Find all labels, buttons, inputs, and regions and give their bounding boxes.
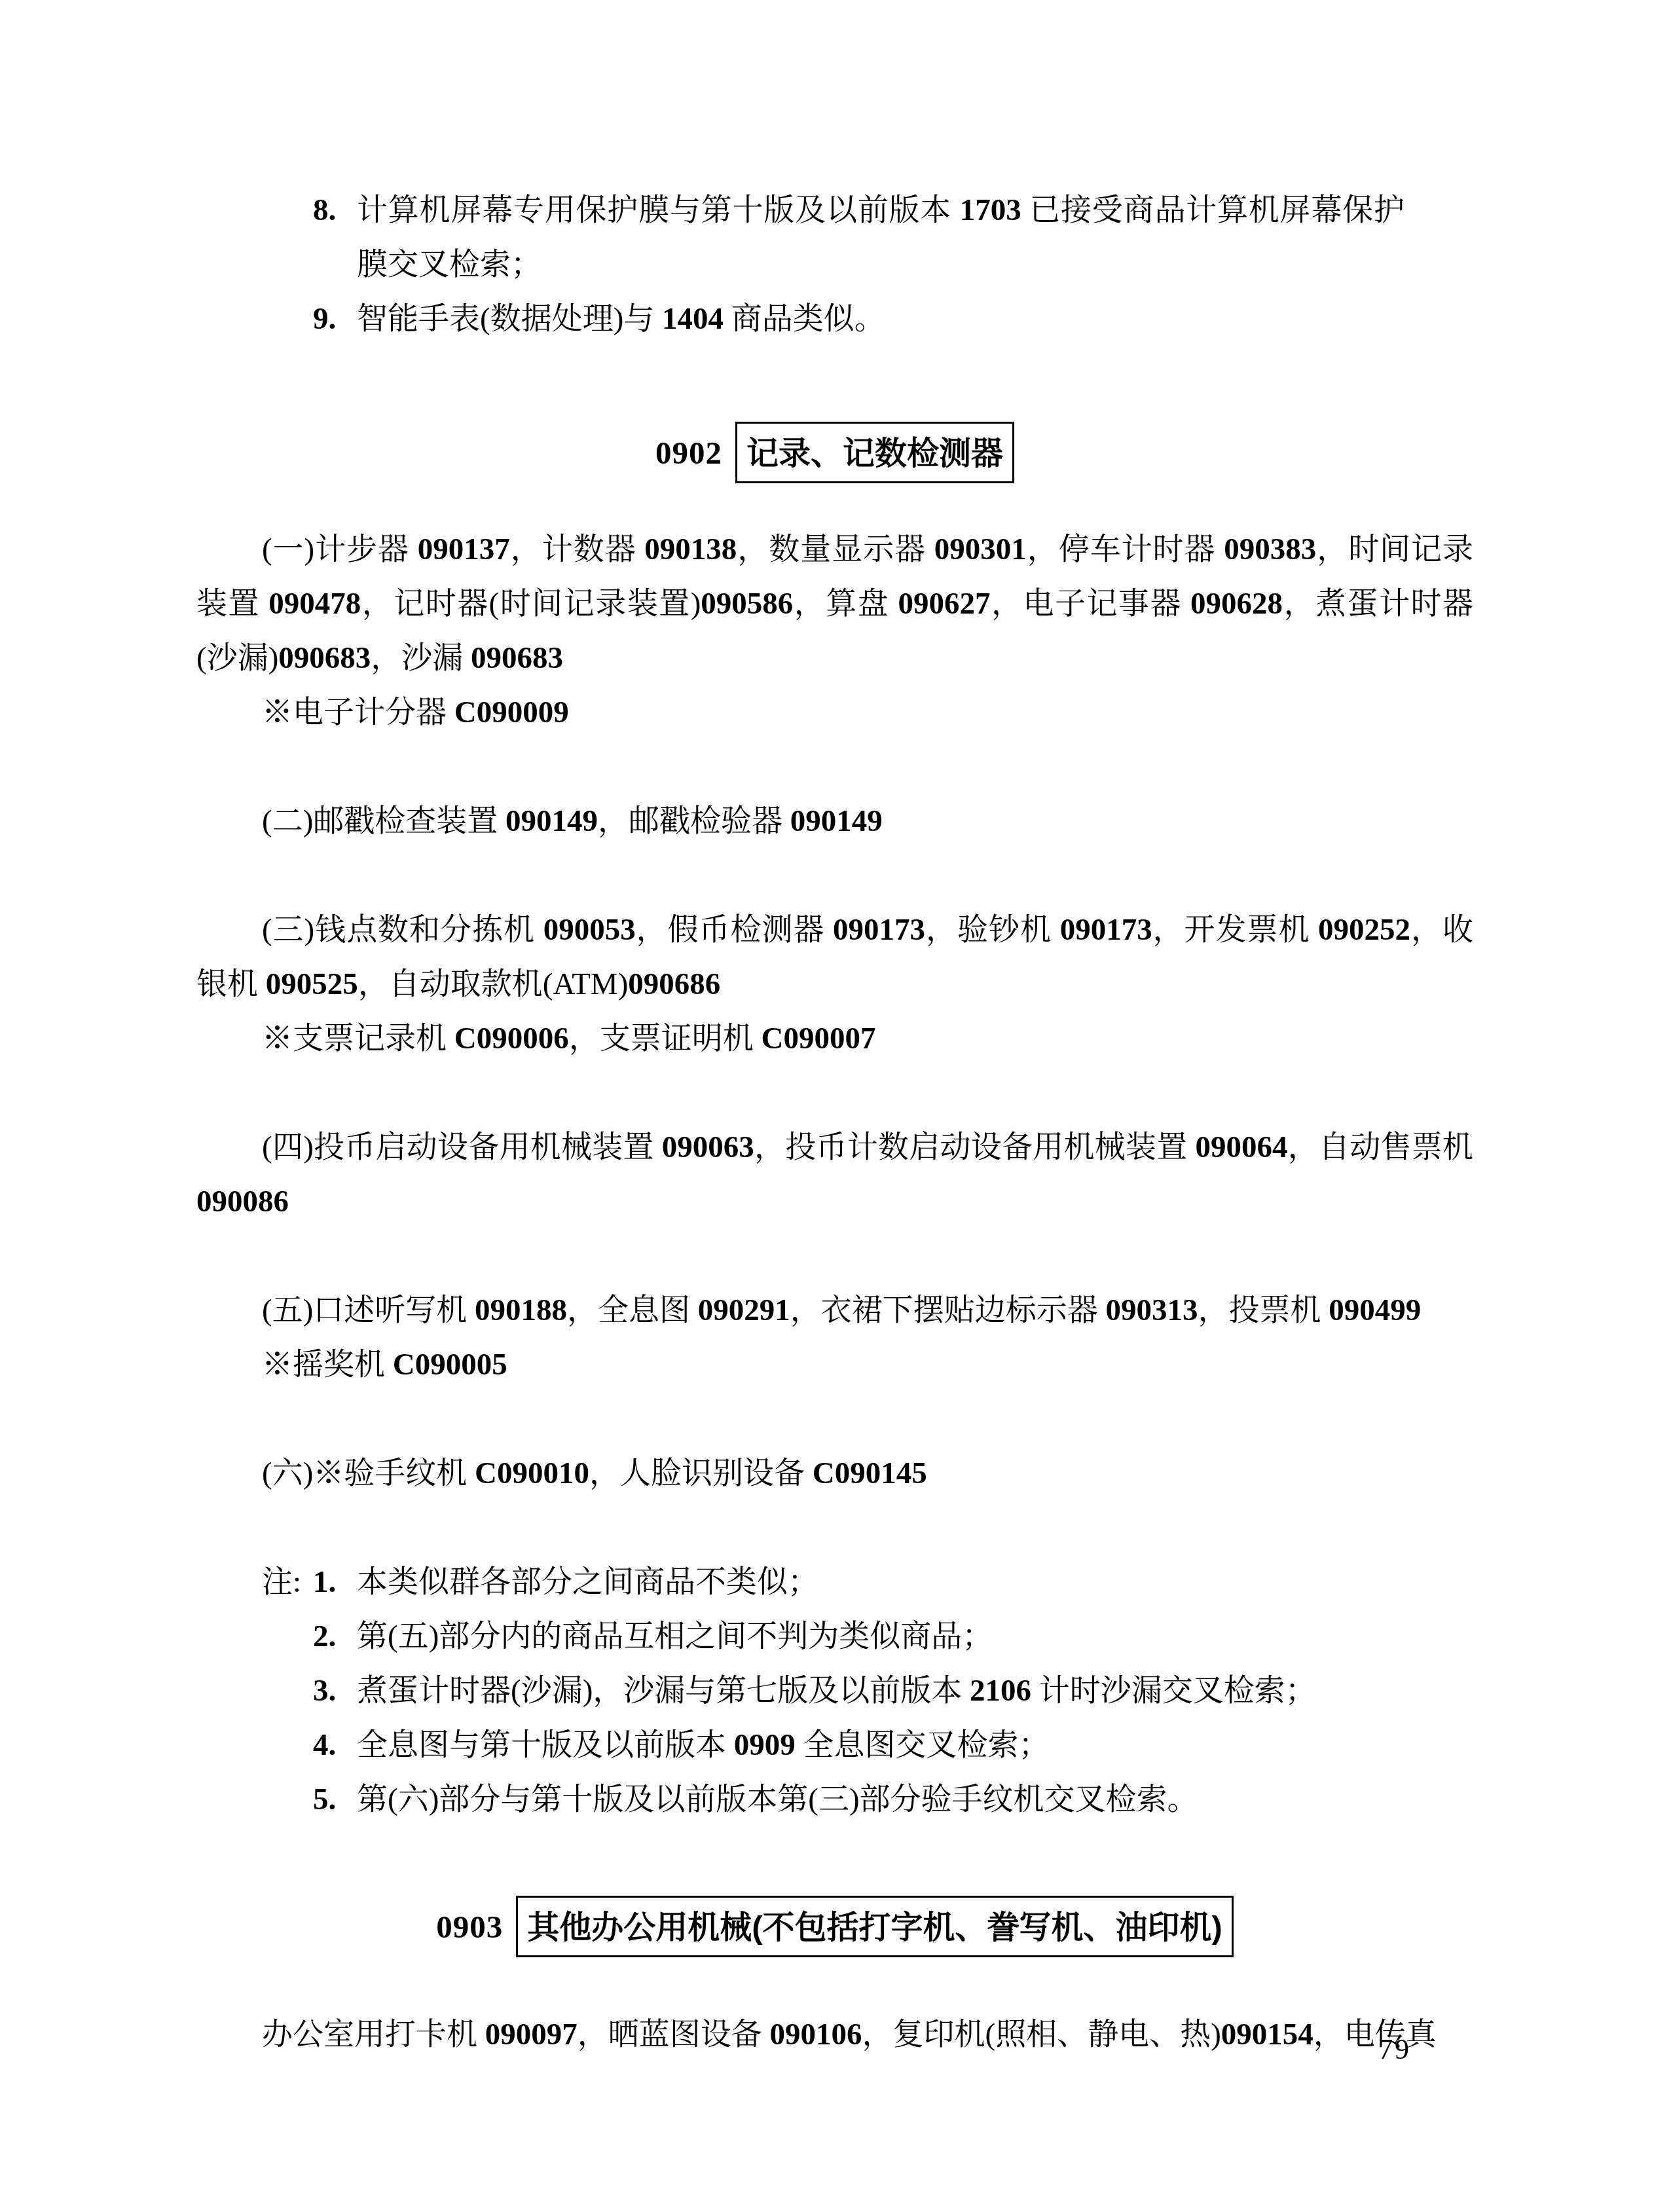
code-number-run: 090188 [475,1293,567,1327]
code-number-run: 090064 [1196,1130,1288,1164]
text-run: ，投票机 [1198,1293,1329,1327]
code-number-run: 090291 [698,1293,790,1327]
code-number-run: 090149 [790,804,883,838]
paragraph-group-6: (六)※验手纹机 C090010，人脸识别设备 C090145 [196,1447,1473,1501]
text-run: ，自动售票机 [1288,1130,1474,1164]
text-run: ，衣裙下摆贴边标示器 [790,1293,1106,1327]
text-run: 商品类似。 [724,302,885,336]
text-run: 计算机屏幕专用保护膜与第十版及以前版本 [357,193,960,227]
text-run: ，全息图 [567,1293,698,1327]
code-number-run: 1703 [960,193,1021,227]
text-run: ，记时器(时间记录装置) [361,587,701,621]
intro-note-item-9: 9. 智能手表(数据处理)与 1404 商品类似。 [196,292,1405,346]
text-run: 煮蛋计时器(沙漏)，沙漏与第七版及以前版本 [357,1674,970,1708]
note-4-text: 全息图与第十版及以前版本 0909 全息图交叉检索； [357,1728,1050,1762]
text-run: (一)计步器 [262,532,418,566]
text-run: ，自动取款机(ATM) [358,967,629,1001]
note-5-text: 第(六)部分与第十版及以前版本第(三)部分验手纹机交叉检索。 [357,1782,1198,1816]
text-run: ，开发票机 [1152,913,1318,947]
section-title-box-0903: 其他办公用机械(不包括打字机、誊写机、油印机) [516,1896,1234,1957]
code-number-run: 090154 [1221,2018,1313,2052]
text-run: ，计数器 [510,532,645,566]
text-run: ，复印机(照相、静电、热) [862,2018,1221,2052]
text-run: ，验钞机 [925,913,1060,947]
note-3-text: 煮蛋计时器(沙漏)，沙漏与第七版及以前版本 2106 计时沙漏交叉检索； [357,1674,1316,1708]
paragraph-group-3-star-line: ※支票记录机 C090006，支票证明机 C090007 [196,1012,1473,1066]
text-run: (二)邮戳检查装置 [262,804,505,838]
text-run: ，支票证明机 [569,1022,762,1056]
text-run: (四)投币启动设备用机械装置 [262,1130,662,1164]
code-number-run: 0909 [734,1728,796,1762]
note-5-number: 5. [313,1773,336,1827]
code-number-run: 090173 [1060,913,1152,947]
code-number-run: 090627 [898,587,990,621]
code-number-run: C090009 [454,695,569,729]
intro-note-8-number: 8. [313,183,336,238]
note-4-number: 4. [313,1718,336,1773]
note-1-text: 本类似群各部分之间商品不类似； [357,1565,818,1599]
intro-note-item-8: 8. 计算机屏幕专用保护膜与第十版及以前版本 1703 已接受商品计算机屏幕保护… [196,183,1405,292]
text-run: 全息图交叉检索； [796,1728,1050,1762]
code-number-run: 090525 [266,967,358,1001]
note-2-number: 2. [313,1610,336,1664]
text-run: ※电子计分器 [262,695,454,729]
text-run: 办公室用打卡机 [262,2018,485,2052]
code-number-run: 090313 [1106,1293,1198,1327]
code-number-run: 090478 [268,587,361,621]
code-number-run: 090586 [701,587,793,621]
note-item-2: 2. 第(五)部分内的商品互相之间不判为类似商品； [196,1610,1405,1664]
paragraph-group-1-star-line: ※电子计分器 C090009 [196,686,1473,740]
note-2-text: 第(五)部分内的商品互相之间不判为类似商品； [357,1619,993,1653]
text-run: 智能手表(数据处理)与 [357,302,662,336]
text-run: ，假币检测器 [636,913,833,947]
paragraph-group-5: (五)口述听写机 090188，全息图 090291，衣裙下摆贴边标示器 090… [196,1283,1473,1338]
paragraph-group-1: (一)计步器 090137，计数器 090138，数量显示器 090301，停车… [196,523,1473,686]
note-1-number: 1. [313,1555,336,1610]
section-heading-0903: 0903 其他办公用机械(不包括打字机、誊写机、油印机) [196,1896,1473,1957]
text-run: ，晒蓝图设备 [578,2018,770,2052]
text-run: ，数量显示器 [737,532,934,566]
page-content: 8. 计算机屏幕专用保护膜与第十版及以前版本 1703 已接受商品计算机屏幕保护… [196,183,1473,2062]
note-item-5: 5. 第(六)部分与第十版及以前版本第(三)部分验手纹机交叉检索。 [196,1773,1405,1827]
text-run: ，停车计时器 [1027,532,1224,566]
document-page: 8. 计算机屏幕专用保护膜与第十版及以前版本 1703 已接受商品计算机屏幕保护… [0,0,1671,2212]
text-run: ，沙漏 [371,641,471,675]
text-run: ，电子记事器 [990,587,1190,621]
code-number-run: 090173 [833,913,925,947]
text-run: ※支票记录机 [262,1022,454,1056]
paragraph-0903-1: 办公室用打卡机 090097，晒蓝图设备 090106，复印机(照相、静电、热)… [196,2008,1473,2062]
text-run: ，人脸识别设备 [589,1456,813,1490]
text-run: 本类似群各部分之间商品不类似； [357,1565,818,1599]
code-number-run: 090063 [662,1130,754,1164]
text-run: 计时沙漏交叉检索； [1031,1674,1316,1708]
text-run: ，电传真 [1313,2018,1437,2052]
code-number-run: C090010 [475,1456,589,1490]
code-number-run: 2106 [970,1674,1031,1708]
code-number-run: 090686 [628,967,720,1001]
section-code-0903: 0903 [436,1908,503,1945]
section-code-0902: 0902 [655,434,722,471]
code-number-run: 090499 [1329,1293,1421,1327]
paragraph-group-4: (四)投币启动设备用机械装置 090063，投币计数启动设备用机械装置 0900… [196,1120,1473,1229]
text-run: (五)口述听写机 [262,1293,475,1327]
section-title-box-0902: 记录、记数检测器 [735,422,1014,483]
code-number-run: C090007 [761,1022,875,1056]
code-number-run: 090106 [770,2018,862,2052]
code-number-run: C090145 [813,1456,927,1490]
code-number-run: 090138 [644,532,737,566]
intro-note-9-number: 9. [313,292,336,346]
code-number-run: 090383 [1224,532,1316,566]
code-number-run: 1404 [662,302,724,336]
code-number-run: 090097 [485,2018,578,2052]
note-item-1: 注: 1. 本类似群各部分之间商品不类似； [196,1555,1405,1610]
text-run: (六)※验手纹机 [262,1456,475,1490]
notes-section-0902: 注: 1. 本类似群各部分之间商品不类似； 2. 第(五)部分内的商品互相之间不… [196,1555,1473,1827]
intro-note-9-text: 智能手表(数据处理)与 1404 商品类似。 [357,302,885,336]
text-run: ，邮戳检验器 [598,804,790,838]
code-number-run: 090683 [278,641,371,675]
intro-note-8-text: 计算机屏幕专用保护膜与第十版及以前版本 1703 已接受商品计算机屏幕保护膜交叉… [357,193,1405,282]
text-run: ，投币计数启动设备用机械装置 [754,1130,1196,1164]
paragraph-group-5-star-line: ※摇奖机 C090005 [196,1338,1473,1392]
page-number: 79 [1378,2033,1411,2066]
code-number-run: 090683 [471,641,563,675]
code-number-run: 090628 [1190,587,1283,621]
code-number-run: 090252 [1318,913,1410,947]
code-number-run: 090086 [196,1185,289,1219]
note-item-4: 4. 全息图与第十版及以前版本 0909 全息图交叉检索； [196,1718,1405,1773]
note-item-3: 3. 煮蛋计时器(沙漏)，沙漏与第七版及以前版本 2106 计时沙漏交叉检索； [196,1664,1405,1718]
text-run: ※摇奖机 [262,1348,393,1382]
code-number-run: C090005 [393,1348,507,1382]
text-run: 第(六)部分与第十版及以前版本第(三)部分验手纹机交叉检索。 [357,1782,1198,1816]
code-number-run: C090006 [454,1022,569,1056]
paragraph-group-3: (三)钱点数和分拣机 090053，假币检测器 090173，验钞机 09017… [196,903,1473,1012]
code-number-run: 090301 [934,532,1027,566]
text-run: ，算盘 [793,587,898,621]
text-run: 全息图与第十版及以前版本 [357,1728,734,1762]
text-run: (三)钱点数和分拣机 [262,913,543,947]
note-3-number: 3. [313,1664,336,1718]
code-number-run: 090053 [543,913,636,947]
code-number-run: 090149 [505,804,598,838]
code-number-run: 090137 [418,532,510,566]
notes-label: 注: [262,1555,301,1610]
paragraph-group-2: (二)邮戳检查装置 090149，邮戳检验器 090149 [196,794,1473,849]
section-heading-0902: 0902 记录、记数检测器 [196,422,1473,483]
text-run: 第(五)部分内的商品互相之间不判为类似商品； [357,1619,993,1653]
